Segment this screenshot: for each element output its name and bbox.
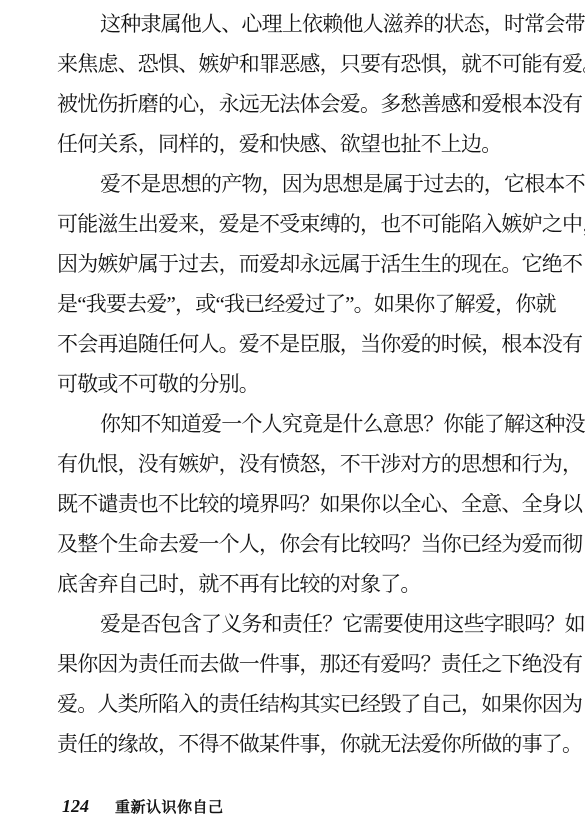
text-line: 爱。人类所陷入的责任结构其实已经毁了自己，如果你因为	[57, 684, 585, 724]
text-line: 任何关系，同样的，爱和快感、欲望也扯不上边。	[57, 124, 585, 164]
text-line: 爱不是思想的产物，因为思想是属于过去的，它根本不	[57, 164, 585, 204]
text-line: 果你因为责任而去做一件事，那还有爱吗？责任之下绝没有	[57, 644, 585, 684]
running-footer-book-title: 重新认识你自己	[115, 796, 224, 817]
book-page: 这种隶属他人、心理上依赖他人滋养的状态，时常会带来焦虑、恐惧、嫉妒和罪恶感，只要…	[0, 0, 585, 834]
text-line: 底舍弃自己时，就不再有比较的对象了。	[57, 564, 585, 604]
text-line: 这种隶属他人、心理上依赖他人滋养的状态，时常会带	[57, 4, 585, 44]
text-line: 既不谴责也不比较的境界吗？如果你以全心、全意、全身以	[57, 484, 585, 524]
text-line: 可敬或不可敬的分别。	[57, 364, 585, 404]
text-line: 爱是否包含了义务和责任？它需要使用这些字眼吗？如	[57, 604, 585, 644]
text-line: 你知不知道爱一个人究竟是什么意思？你能了解这种没	[57, 404, 585, 444]
text-line: 及整个生命去爱一个人，你会有比较吗？当你已经为爱而彻	[57, 524, 585, 564]
text-line: 可能滋生出爱来，爱是不受束缚的，也不可能陷入嫉妒之中，	[57, 204, 585, 244]
page-footer: 124 重新认识你自己	[62, 796, 224, 817]
text-line: 责任的缘故，不得不做某件事，你就无法爱你所做的事了。	[57, 724, 585, 764]
text-line: 有仇恨，没有嫉妒，没有愤怒，不干涉对方的思想和行为，	[57, 444, 585, 484]
page-number: 124	[62, 796, 89, 817]
text-line: 因为嫉妒属于过去，而爱却永远属于活生生的现在。它绝不	[57, 244, 585, 284]
text-line: 不会再追随任何人。爱不是臣服，当你爱的时候，根本没有	[57, 324, 585, 364]
page-text: 这种隶属他人、心理上依赖他人滋养的状态，时常会带来焦虑、恐惧、嫉妒和罪恶感，只要…	[57, 4, 585, 764]
text-line: 是“我要去爱”，或“我已经爱过了”。如果你了解爱，你就	[57, 284, 585, 324]
text-line: 来焦虑、恐惧、嫉妒和罪恶感，只要有恐惧，就不可能有爱。	[57, 44, 585, 84]
text-line: 被忧伤折磨的心，永远无法体会爱。多愁善感和爱根本没有	[57, 84, 585, 124]
